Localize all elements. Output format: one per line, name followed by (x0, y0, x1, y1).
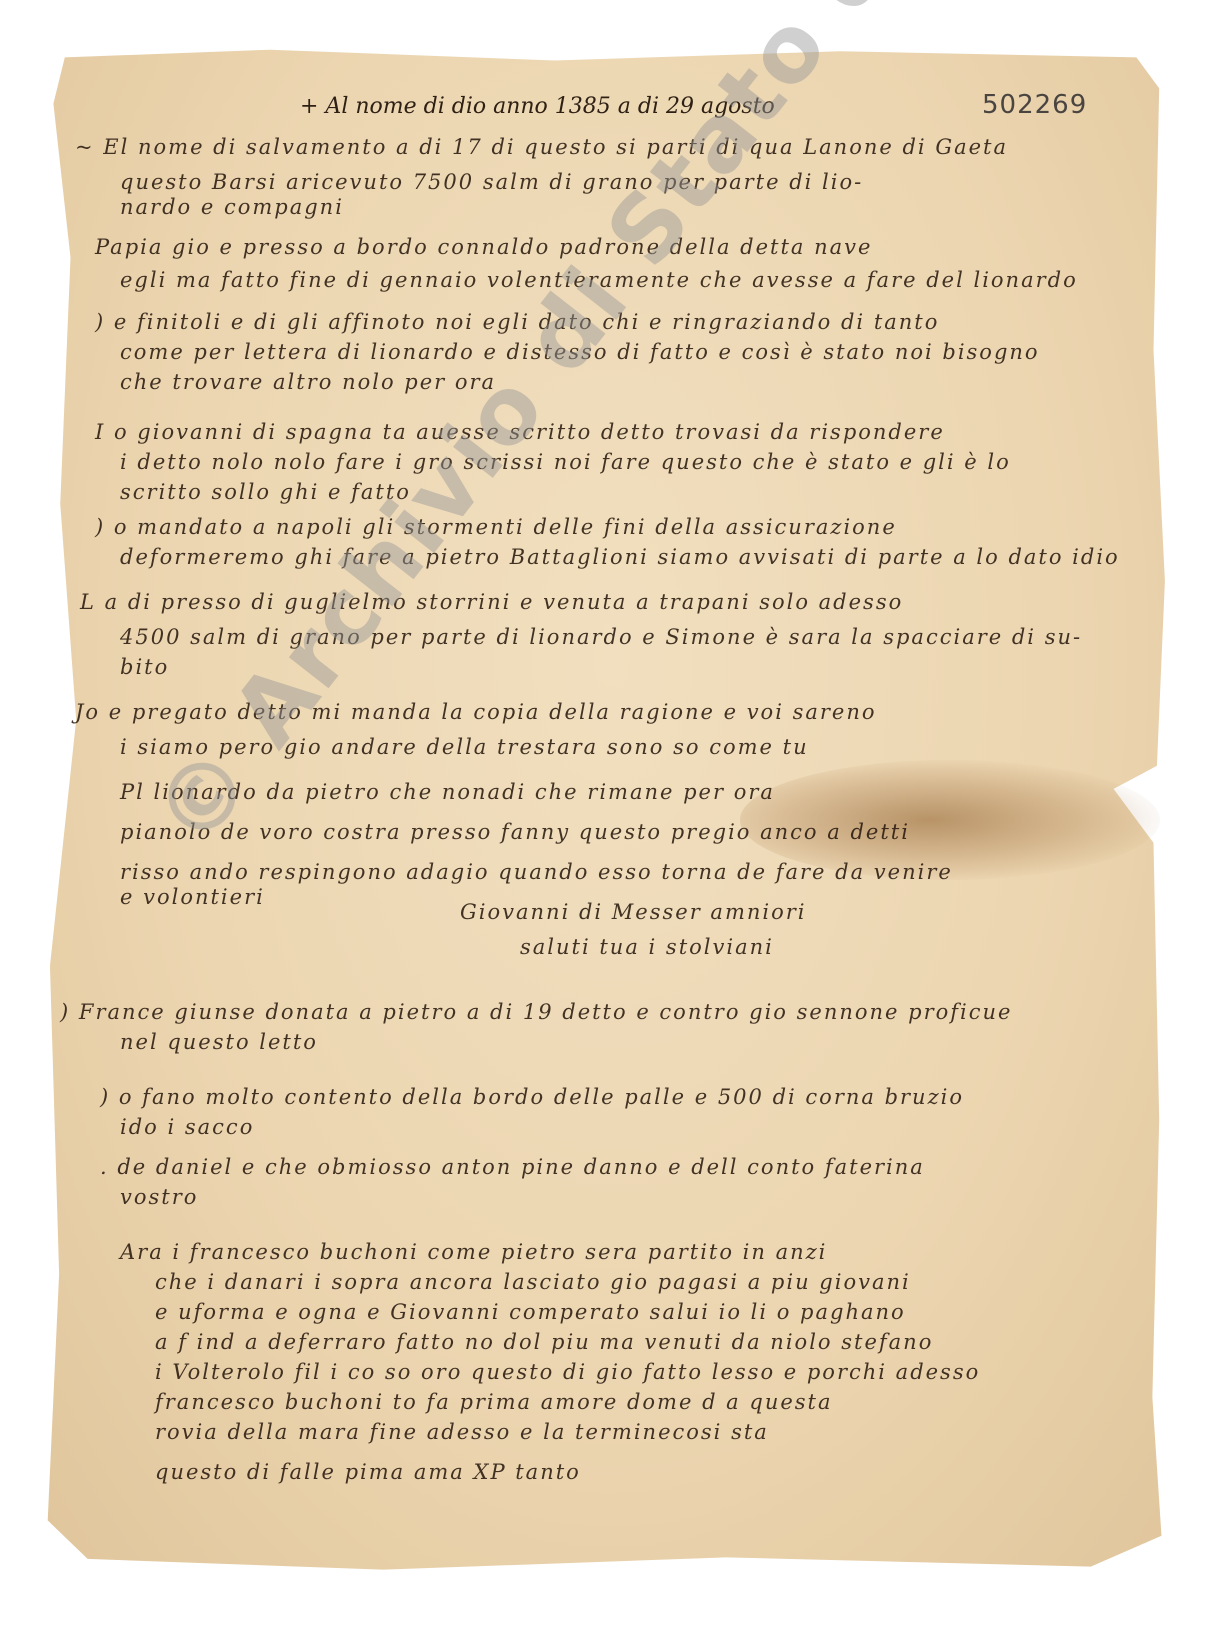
handwritten-line: bito (120, 655, 169, 679)
handwritten-line: vostro (120, 1185, 198, 1209)
handwritten-line: nel questo letto (120, 1030, 318, 1054)
handwritten-line: Papia gio e presso a bordo connaldo padr… (95, 235, 872, 259)
handwritten-line: Giovanni di Messer amniori (460, 900, 807, 924)
handwritten-line: risso ando respingono adagio quando esso… (120, 860, 953, 884)
handwritten-line: a f ind a deferraro fatto no dol piu ma … (155, 1330, 933, 1354)
handwritten-line: francesco buchoni to fa prima amore dome… (155, 1390, 833, 1414)
archive-number: 502269 (982, 90, 1087, 120)
handwritten-line: rovia della mara fine adesso e la termin… (155, 1420, 769, 1444)
handwritten-line: . de daniel e che obmiosso anton pine da… (100, 1155, 925, 1179)
handwritten-line: i detto nolo nolo fare i gro scrissi noi… (120, 450, 1011, 474)
handwritten-line: L a di presso di guglielmo storrini e ve… (80, 590, 903, 614)
handwritten-line: e volontieri (120, 885, 265, 909)
handwritten-line: che i danari i sopra ancora lasciato gio… (155, 1270, 911, 1294)
handwritten-line: ) o fano molto contento della bordo dell… (100, 1085, 964, 1109)
handwritten-line: ) France giunse donata a pietro a di 19 … (60, 1000, 1012, 1024)
handwritten-line: e uforma e ogna e Giovanni comperato sal… (155, 1300, 906, 1324)
handwritten-line: ido i sacco (120, 1115, 254, 1139)
handwritten-line: saluti tua i stolviani (520, 935, 774, 959)
handwritten-line: i Volterolo fil i co so oro questo di gi… (155, 1360, 980, 1384)
handwritten-line: Ara i francesco buchoni come pietro sera… (120, 1240, 827, 1264)
handwritten-line: nardo e compagni (120, 195, 344, 219)
handwritten-line: questo di falle pima ama XP tanto (155, 1460, 581, 1484)
handwritten-line: ~ El nome di salvamento a di 17 di quest… (75, 135, 1008, 159)
handwritten-line: deformeremo ghi fare a pietro Battaglion… (120, 545, 1120, 569)
handwritten-line: che trovare altro nolo per ora (120, 370, 496, 394)
handwritten-line: ) o mandato a napoli gli stormenti delle… (95, 515, 897, 539)
